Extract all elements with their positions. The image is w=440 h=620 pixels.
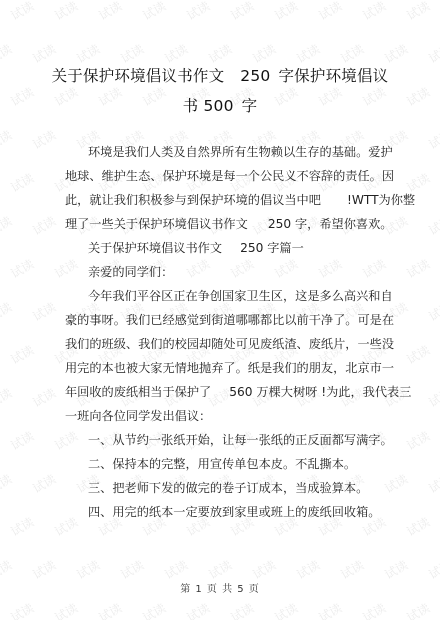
list-item: 二、保持本的完整，用宣传单包本皮。不乱撕本。 bbox=[88, 456, 356, 472]
body-line: 年回收的废纸相当于保护了560 万棵大树呀 !为此，我代表三 bbox=[65, 384, 411, 400]
body-line: 一班向各位同学发出倡议： bbox=[65, 408, 211, 424]
document-title-line-1: 关于保护环境倡议书作文250字保护环境倡议 bbox=[0, 64, 440, 86]
page-footer: 第 1 页 共 5 页 bbox=[0, 580, 440, 595]
title-text: 书 500 bbox=[183, 97, 234, 115]
body-line: 用完的本也被大家无情地抛弃了。纸是我们的朋友，北京市一 bbox=[65, 360, 394, 376]
title-number: 250 bbox=[240, 67, 270, 85]
title-text: 字 bbox=[242, 97, 258, 115]
list-item: 一、从节约一张纸开始，让每一张纸的正反面都写满字。 bbox=[88, 432, 393, 448]
body-line: 豪的事呀。我们已经感觉到街道哪哪都比以前干净了。可是在 bbox=[65, 312, 394, 328]
body-line: 理了一些关于保护环境倡议书作文250 字，希望你喜欢。 bbox=[65, 216, 392, 232]
salutation: 亲爱的同学们： bbox=[88, 264, 173, 280]
list-item: 四、用完的纸本一定要放到家里或班上的废纸回收箱。 bbox=[88, 504, 381, 520]
body-line: 环境是我们人类及自然界所有生物赖以生存的基础。爱护 bbox=[88, 144, 393, 160]
document-title-line-2: 书 500字 bbox=[0, 94, 440, 116]
title-text: 字保护环境倡议 bbox=[278, 67, 388, 85]
body-line: 我们的班级、我们的校园却随处可见废纸渣、废纸片，一些没 bbox=[65, 336, 394, 352]
section-heading: 关于保护环境倡议书作文250 字篇一 bbox=[88, 240, 304, 256]
document-page: 关于保护环境倡议书作文250字保护环境倡议 书 500字 环境是我们人类及自然界… bbox=[0, 0, 440, 620]
title-text: 关于保护环境倡议书作文 bbox=[52, 67, 225, 85]
body-line: 此，就让我们积极参与到保护环境的倡议当中吧!WTT为你整 bbox=[65, 192, 415, 208]
list-item: 三、把老师下发的做完的卷子订成本，当成验算本。 bbox=[88, 480, 368, 496]
body-line: 地球、维护生态、保护环境是每一个公民义不容辞的责任。因 bbox=[65, 168, 394, 184]
body-line: 今年我们平谷区正在争创国家卫生区，这是多么高兴和自 bbox=[88, 288, 393, 304]
